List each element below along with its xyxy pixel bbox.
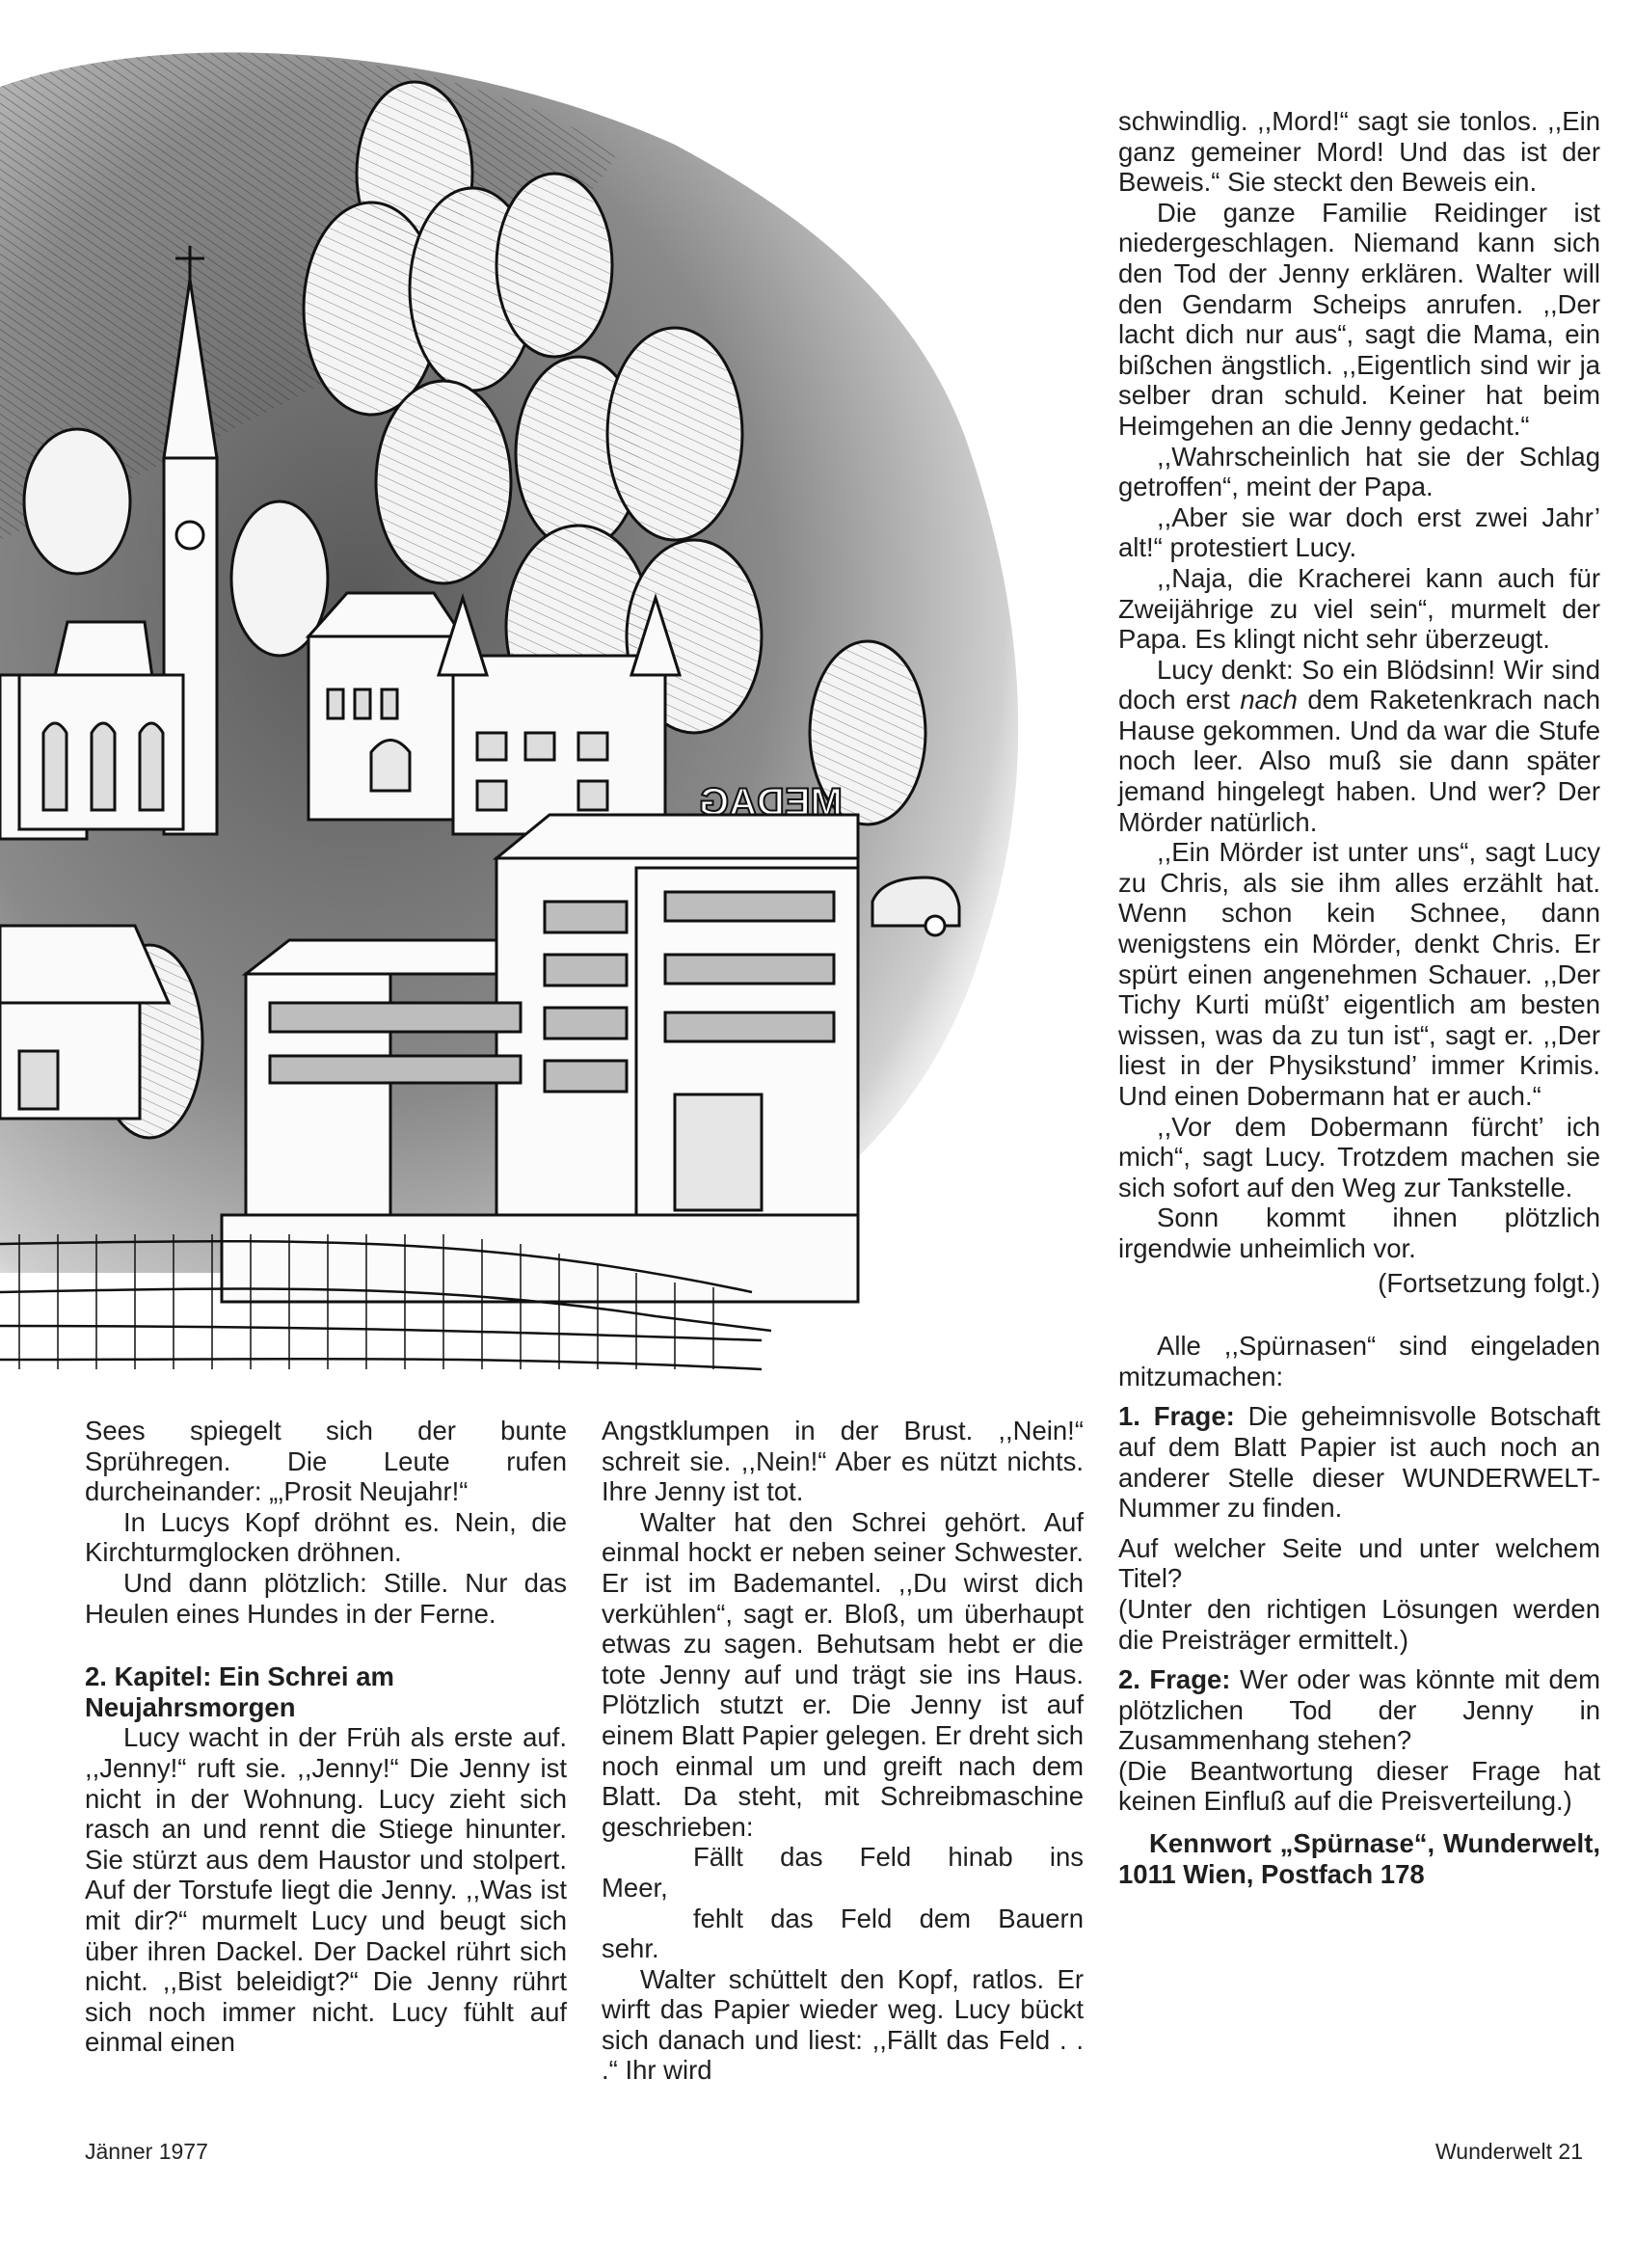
paragraph: Und dann plötzlich: Stille. Nur das Heul…	[85, 1568, 567, 1629]
question-1-followup: Auf welcher Seite und unter welchem Tite…	[1118, 1533, 1600, 1594]
paragraph: Sees spiegelt sich der bunte Sprühregen.…	[85, 1416, 567, 1507]
paragraph: ,,Ein Mörder ist unter uns“, sagt Lucy z…	[1118, 837, 1600, 1111]
question-1: 1. Frage: Die geheimnisvolle Botschaft a…	[1118, 1401, 1600, 1523]
article-column-2: Angstklumpen in der Brust. ,,Nein!“ schr…	[602, 1416, 1084, 2086]
paragraph: Angstklumpen in der Brust. ,,Nein!“ schr…	[602, 1416, 1084, 1507]
question-1-note: (Unter den richtigen Lösungen werden die…	[1118, 1594, 1600, 1655]
paragraph: ,,Aber sie war doch erst zwei Jahr’ alt!…	[1118, 502, 1600, 563]
emphasis: nach	[1240, 685, 1298, 715]
issue-date: Jänner 1977	[85, 2139, 208, 2165]
article-column-1: Sees spiegelt sich der bunte Sprühregen.…	[85, 1416, 567, 2058]
paragraph: In Lucys Kopf dröhnt es. Nein, die Kirch…	[85, 1507, 567, 1568]
poem-line-cont: sehr.	[602, 1933, 1084, 1964]
to-be-continued: (Fortsetzung folgt.)	[1118, 1268, 1600, 1299]
submission-address: Kennwort „Spürnase“, Wunderwelt, 1011 Wi…	[1118, 1828, 1600, 1889]
question-2-note: (Die Beantwortung dieser Frage hat keine…	[1118, 1756, 1600, 1817]
car	[872, 877, 959, 935]
paragraph: ,,Naja, die Kracherei kann auch für Zwei…	[1118, 563, 1600, 655]
paragraph: ,,Wahrscheinlich hat sie der Schlag getr…	[1118, 442, 1600, 502]
paragraph: Sonn kommt ihnen plötzlich irgendwie unh…	[1118, 1202, 1600, 1263]
contest-box: Alle ,,Spürnasen“ sind eingeladen mitzum…	[1118, 1331, 1600, 1889]
page-number: Wunderwelt 21	[1435, 2139, 1583, 2165]
poem-line-cont: Meer,	[602, 1873, 1084, 1903]
chapter-title: 2. Kapitel: Ein Schrei am Neujahrsmorgen	[85, 1661, 567, 1722]
article-column-3: schwindlig. ,,Mord!“ sagt sie tonlos. ,,…	[1118, 106, 1600, 1889]
contest-intro: Alle ,,Spürnasen“ sind eingeladen mitzum…	[1118, 1331, 1600, 1391]
paragraph: Walter schüttelt den Kopf, ratlos. Er wi…	[602, 1964, 1084, 2086]
paragraph: ,,Vor dem Dobermann fürcht’ ich mich“, s…	[1118, 1112, 1600, 1203]
poem-line: fehlt das Feld dem Bauern	[602, 1903, 1084, 1934]
poem-line: Fällt das Feld hinab ins	[602, 1842, 1084, 1873]
question-2: 2. Frage: Wer oder was könnte mit dem pl…	[1118, 1664, 1600, 1756]
town-illustration: MEDAG	[0, 0, 1109, 1389]
paragraph: Walter hat den Schrei gehört. Auf einmal…	[602, 1507, 1084, 1843]
paragraph: Lucy denkt: So ein Blödsinn! Wir sind do…	[1118, 655, 1600, 838]
paragraph: schwindlig. ,,Mord!“ sagt sie tonlos. ,,…	[1118, 106, 1600, 198]
paragraph: Die ganze Familie Reidinger ist niederge…	[1118, 198, 1600, 442]
paragraph: Lucy wacht in der Früh als erste auf. ,,…	[85, 1722, 567, 2058]
typewritten-message: Fällt das Feld hinab ins Meer, fehlt das…	[602, 1842, 1084, 1963]
